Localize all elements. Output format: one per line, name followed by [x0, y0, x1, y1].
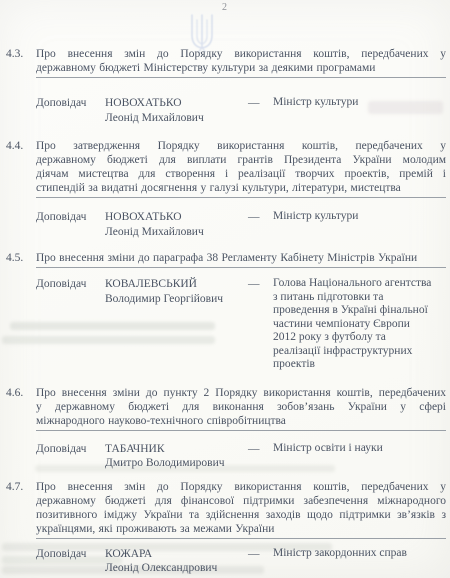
- speaker-position: Міністр культури: [273, 96, 446, 125]
- speaker-name: НОВОХАТЬКОЛеонід Михайлович: [105, 96, 248, 125]
- speaker-row: Доповідач НОВОХАТЬКОЛеонід Михайлович — …: [36, 96, 446, 125]
- dash-separator: —: [248, 547, 273, 576]
- speaker-row: Доповідач КОЖАРАЛеонід Олександрович — М…: [36, 547, 446, 576]
- item-title: Про внесення зміни до пункту 2 Порядку в…: [36, 386, 446, 431]
- speaker-label: Доповідач: [36, 96, 105, 125]
- dash-separator: —: [248, 96, 273, 125]
- item-number: 4.5.: [6, 251, 36, 265]
- speaker-label: Доповідач: [36, 442, 105, 471]
- speaker-position: Міністр освіти і науки: [273, 442, 446, 471]
- dash-separator: —: [248, 277, 273, 372]
- speaker-position: Міністр культури: [273, 210, 446, 239]
- item-title: Про затвердження Порядку використання ко…: [36, 139, 446, 198]
- scanned-document-page: 2 4.3. Про внесення змін до Порядку вико…: [0, 0, 450, 578]
- speaker-label: Доповідач: [36, 547, 105, 576]
- speaker-row: Доповідач ТАБАЧНИКДмитро Володимирович —…: [36, 442, 446, 471]
- item-number: 4.3.: [6, 47, 36, 61]
- agenda-item-4-6: 4.6. Про внесення зміни до пункту 2 Поря…: [6, 386, 446, 471]
- speaker-position: Міністр закордонних справ: [273, 547, 446, 576]
- speaker-name: КОВАЛЕВСЬКИЙВолодимир Георгійович: [105, 277, 248, 372]
- item-title: Про внесення змін до Порядку використанн…: [36, 480, 446, 539]
- agenda-item-4-4: 4.4. Про затвердження Порядку використан…: [6, 139, 446, 239]
- agenda-list: 4.3. Про внесення змін до Порядку викори…: [6, 45, 446, 576]
- item-number: 4.4.: [6, 139, 36, 153]
- item-number: 4.7.: [6, 480, 36, 494]
- dash-separator: —: [248, 442, 273, 471]
- speaker-row: Доповідач КОВАЛЕВСЬКИЙВолодимир Георгійо…: [36, 277, 446, 372]
- speaker-label: Доповідач: [36, 210, 105, 239]
- agenda-item-4-5: 4.5. Про внесення зміни до параграфа 38 …: [6, 251, 446, 372]
- item-title: Про внесення змін до Порядку використанн…: [36, 47, 446, 78]
- agenda-item-4-7: 4.7. Про внесення змін до Порядку викори…: [6, 480, 446, 576]
- speaker-label: Доповідач: [36, 277, 105, 372]
- dash-separator: —: [248, 210, 273, 239]
- speaker-name: НОВОХАТЬКОЛеонід Михайлович: [105, 210, 248, 239]
- item-number: 4.6.: [6, 386, 36, 400]
- speaker-name: ТАБАЧНИКДмитро Володимирович: [105, 442, 248, 471]
- speaker-row: Доповідач НОВОХАТЬКОЛеонід Михайлович — …: [36, 210, 446, 239]
- speaker-position: Голова Національного агентстваз питань п…: [273, 277, 446, 372]
- item-title: Про внесення зміни до параграфа 38 Регла…: [36, 251, 446, 268]
- page-number: 2: [0, 2, 450, 13]
- speaker-name: КОЖАРАЛеонід Олександрович: [105, 547, 248, 576]
- agenda-item-4-3: 4.3. Про внесення змін до Порядку викори…: [6, 47, 446, 125]
